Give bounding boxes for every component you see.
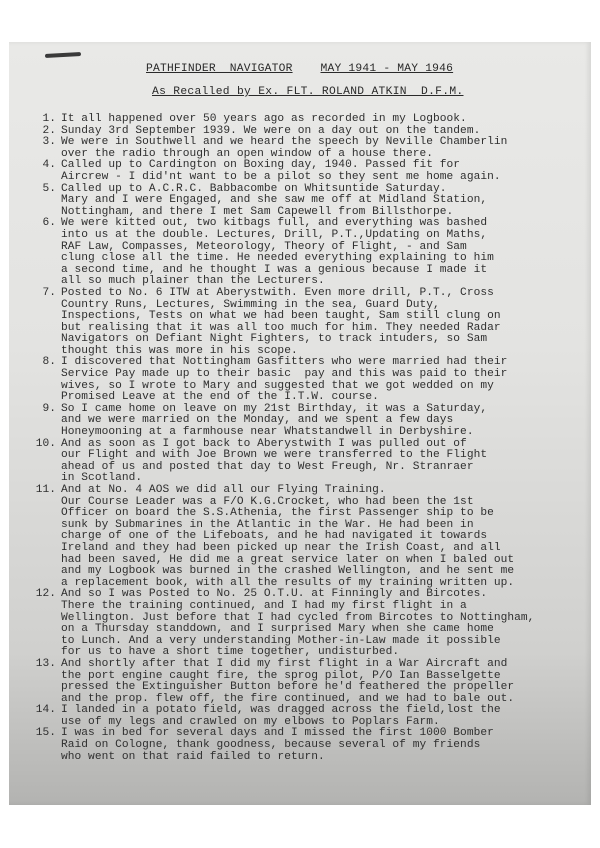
item-number: 10. [34,439,61,485]
title-left: PATHFINDER NAVIGATOR [146,63,293,75]
list-item: 6.We were kitted out, two kitbags full, … [34,218,594,288]
text-line: There the training continued, and I had … [61,601,594,613]
list-item: 5.Called up to A.C.R.C. Babbacombe on Wh… [34,184,594,219]
item-number: 13. [34,659,61,705]
item-number: 1. [34,114,61,126]
item-text: It all happened over 50 years ago as rec… [61,114,594,126]
text-line: And shortly after that I did my first fl… [61,659,594,671]
list-item: 11.And at No. 4 AOS we did all our Flyin… [34,485,594,589]
text-line: Raid on Cologne, thank goodness, because… [61,740,594,752]
list-item: 4.Called up to Cardington on Boxing day,… [34,160,594,183]
text-line: Aircrew - I did'nt want to be a pilot so… [61,172,594,184]
title-right: MAY 1941 - MAY 1946 [321,63,454,75]
item-text: I discovered that Nottingham Gasfitters … [61,357,594,403]
text-line: It all happened over 50 years ago as rec… [61,114,594,126]
text-line: on a Thursday standdown, and I surprised… [61,624,594,636]
item-text: We were in Southwell and we heard the sp… [61,137,594,160]
item-text: Called up to Cardington on Boxing day, 1… [61,160,594,183]
list-item: 10.And as soon as I got back to Aberystw… [34,439,594,485]
text-line: clung close all the time. He needed ever… [61,253,594,265]
item-text: I was in bed for several days and I miss… [61,728,594,763]
list-item: 9.So I came home on leave on my 21st Bir… [34,404,594,439]
list-item: 3.We were in Southwell and we heard the … [34,137,594,160]
item-text: Called up to A.C.R.C. Babbacombe on Whit… [61,184,594,219]
text-line: Inspections, Tests on what we had been t… [61,311,594,323]
item-text: And shortly after that I did my first fl… [61,659,594,705]
item-text: Posted to No. 6 ITW at Aberystwith. Even… [61,288,594,358]
list-item: 12.And so I was Posted to No. 25 O.T.U. … [34,589,594,659]
list-item: 15.I was in bed for several days and I m… [34,728,594,763]
document-title: PATHFINDER NAVIGATOR MAY 1941 - MAY 1946 [146,63,453,75]
item-text: And so I was Posted to No. 25 O.T.U. at … [61,589,594,659]
text-line: Service Pay made up to their basic pay a… [61,369,594,381]
list-item: 13.And shortly after that I did my first… [34,659,594,705]
item-number: 14. [34,705,61,728]
item-text: I landed in a potato field, was dragged … [61,705,594,728]
list-item: 1.It all happened over 50 years ago as r… [34,114,594,126]
text-line: Posted to No. 6 ITW at Aberystwith. Even… [61,288,594,300]
item-number: 6. [34,218,61,288]
item-number: 11. [34,485,61,589]
text-line: Honeymooning at a farmhouse near Whatsta… [61,427,594,439]
item-text: We were kitted out, two kitbags full, an… [61,218,594,288]
item-number: 7. [34,288,61,358]
text-line: And at No. 4 AOS we did all our Flying T… [61,485,594,497]
item-number: 4. [34,160,61,183]
item-text: And as soon as I got back to Aberystwith… [61,439,594,485]
item-number: 3. [34,137,61,160]
item-number: 5. [34,184,61,219]
text-line: pressed the Extinguisher Button before h… [61,682,594,694]
item-number: 15. [34,728,61,763]
text-line: and my Logbook was burned in the crashed… [61,566,594,578]
list-item: 14.I landed in a potato field, was dragg… [34,705,594,728]
list-item: 8.I discovered that Nottingham Gasfitter… [34,357,594,403]
text-line: Ireland and they had been picked up near… [61,543,594,555]
text-line: into us at the double. Lectures, Drill, … [61,230,594,242]
item-number: 9. [34,404,61,439]
item-text: So I came home on leave on my 21st Birth… [61,404,594,439]
text-line: who went on that raid failed to return. [61,752,594,764]
item-number: 12. [34,589,61,659]
text-line: Mary and I were Engaged, and she saw me … [61,195,594,207]
list-item: 7.Posted to No. 6 ITW at Aberystwith. Ev… [34,288,594,358]
document-subtitle: As Recalled by Ex. FLT. ROLAND ATKIN D.F… [152,86,464,98]
item-text: And at No. 4 AOS we did all our Flying T… [61,485,594,589]
numbered-list: 1.It all happened over 50 years ago as r… [34,114,594,763]
item-number: 8. [34,357,61,403]
